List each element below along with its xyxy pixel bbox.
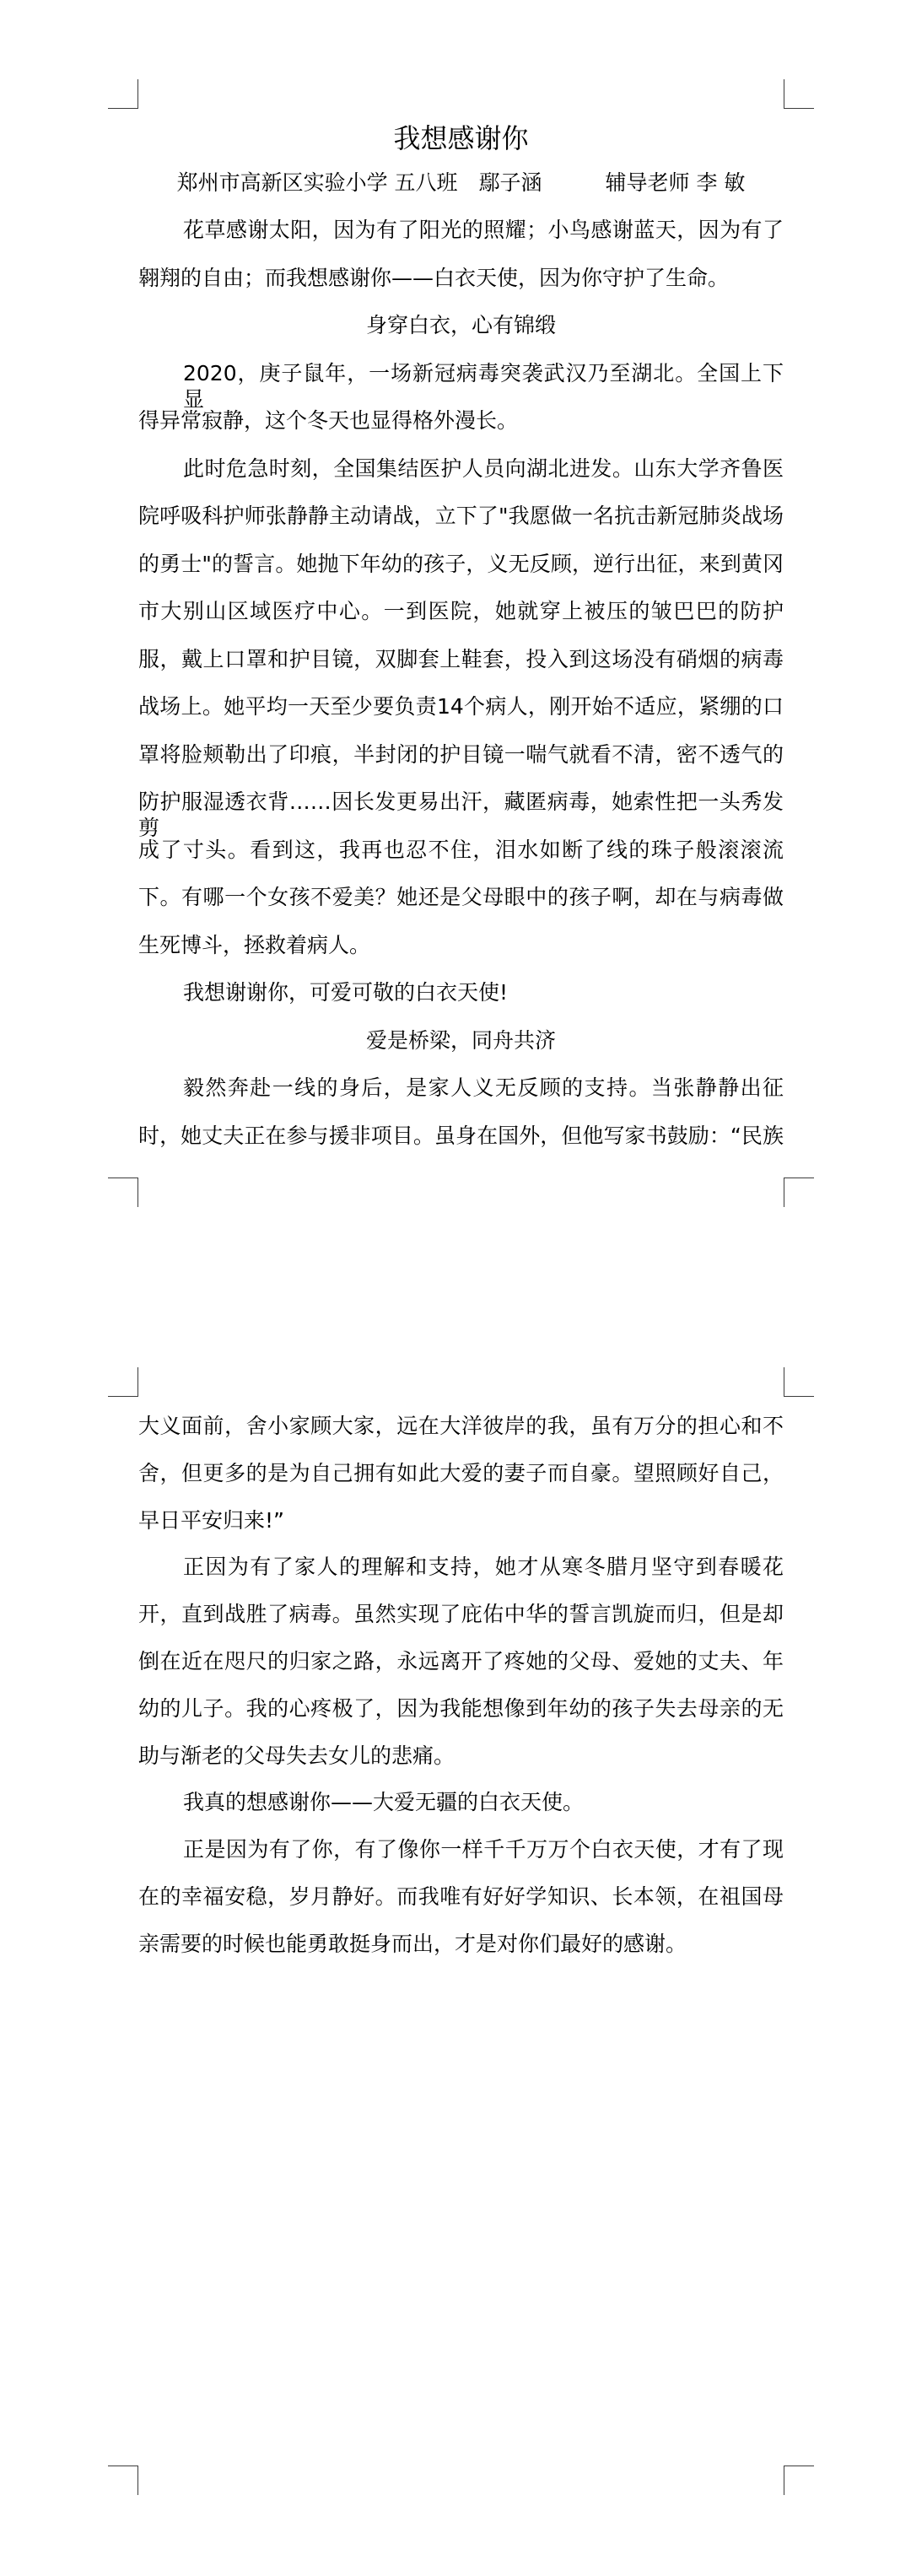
text-line: 我真的想感谢你——大爱无疆的白衣天使。 — [138, 1790, 784, 1816]
page-1: 我想感谢你郑州市高新区实验小学 五八班 鄢子涵 辅导老师 李 敏花草感谢太阳，因… — [0, 0, 911, 1288]
text-line: 下。有哪一个女孩不爱美？她还是父母眼中的孩子啊，却在与病毒做 — [138, 885, 784, 911]
section-heading: 爱是桥梁，同舟共济 — [138, 1028, 784, 1054]
page-2: 大义面前，舍小家顾大家，远在大洋彼岸的我，虽有万分的担心和不舍，但更多的是为自己… — [0, 1288, 911, 2576]
page-1-text: 我想感谢你郑州市高新区实验小学 五八班 鄢子涵 辅导老师 李 敏花草感谢太阳，因… — [0, 0, 911, 1288]
text-line: 大义面前，舍小家顾大家，远在大洋彼岸的我，虽有万分的担心和不 — [138, 1414, 784, 1440]
text-line: 花草感谢太阳，因为有了阳光的照耀；小鸟感谢蓝天，因为有了 — [138, 218, 784, 244]
text-line: 我想谢谢你，可爱可敬的白衣天使! — [138, 980, 784, 1006]
text-line: 成了寸头。看到这，我再也忍不住，泪水如断了线的珠子般滚滚流 — [138, 838, 784, 864]
page-2-text: 大义面前，舍小家顾大家，远在大洋彼岸的我，虽有万分的担心和不舍，但更多的是为自己… — [0, 1288, 911, 2576]
text-line: 毅然奔赴一线的身后，是家人义无反顾的支持。当张静静出征 — [138, 1075, 784, 1102]
text-line: 的勇士"的誓言。她抛下年幼的孩子，义无反顾，逆行出征，来到黄冈 — [138, 552, 784, 578]
text-line: 在的幸福安稳，岁月静好。而我唯有好好学知识、长本领，在祖国母 — [138, 1884, 784, 1910]
document-canvas: 我想感谢你郑州市高新区实验小学 五八班 鄢子涵 辅导老师 李 敏花草感谢太阳，因… — [0, 0, 911, 2576]
byline: 郑州市高新区实验小学 五八班 鄢子涵 辅导老师 李 敏 — [138, 170, 784, 197]
text-line: 生死博斗，拯救着病人。 — [138, 933, 784, 959]
text-line: 得异常寂静，这个冬天也显得格外漫长。 — [138, 408, 784, 434]
section-heading: 身穿白衣，心有锦缎 — [138, 313, 784, 339]
text-line: 时，她丈夫正在参与援非项目。虽身在国外，但他写家书鼓励：“民族 — [138, 1124, 784, 1150]
text-line: 市大别山区域医疗中心。一到医院，她就穿上被压的皱巴巴的防护 — [138, 599, 784, 625]
essay-title: 我想感谢你 — [138, 122, 784, 155]
text-line: 翱翔的自由；而我想感谢你——白衣天使，因为你守护了生命。 — [138, 266, 784, 292]
text-line: 早日平安归来!” — [138, 1508, 784, 1534]
text-line: 罩将脸颊勒出了印痕，半封闭的护目镜一喘气就看不清，密不透气的 — [138, 742, 784, 768]
text-line: 助与渐老的父母失去女儿的悲痛。 — [138, 1743, 784, 1770]
text-line: 舍，但更多的是为自己拥有如此大爱的妻子而自豪。望照顾好自己， — [138, 1461, 784, 1487]
text-line: 防护服湿透衣背……因长发更易出汗，藏匿病毒，她索性把一头秀发剪 — [138, 790, 784, 841]
text-line: 此时危急时刻，全国集结医护人员向湖北进发。山东大学齐鲁医 — [138, 456, 784, 482]
text-line: 幼的儿子。我的心疼极了，因为我能想像到年幼的孩子失去母亲的无 — [138, 1696, 784, 1722]
text-line: 倒在近在咫尺的归家之路，永远离开了疼她的父母、爱她的丈夫、年 — [138, 1649, 784, 1675]
text-line: 战场上。她平均一天至少要负责14个病人，刚开始不适应，紧绷的口 — [138, 694, 784, 720]
text-line: 亲需要的时候也能勇敢挺身而出，才是对你们最好的感谢。 — [138, 1932, 784, 1958]
text-line: 开，直到战胜了病毒。虽然实现了庇佑中华的誓言凯旋而归，但是却 — [138, 1602, 784, 1628]
text-line: 服，戴上口罩和护目镜，双脚套上鞋套，投入到这场没有硝烟的病毒 — [138, 647, 784, 673]
text-line: 院呼吸科护师张静静主动请战，立下了"我愿做一名抗击新冠肺炎战场 — [138, 504, 784, 530]
text-line: 正是因为有了你，有了像你一样千千万万个白衣天使，才有了现 — [138, 1837, 784, 1863]
text-line: 2020，庚子鼠年，一场新冠病毒突袭武汉乃至湖北。全国上下显 — [138, 361, 784, 412]
text-line: 正因为有了家人的理解和支持，她才从寒冬腊月坚守到春暖花 — [138, 1555, 784, 1581]
